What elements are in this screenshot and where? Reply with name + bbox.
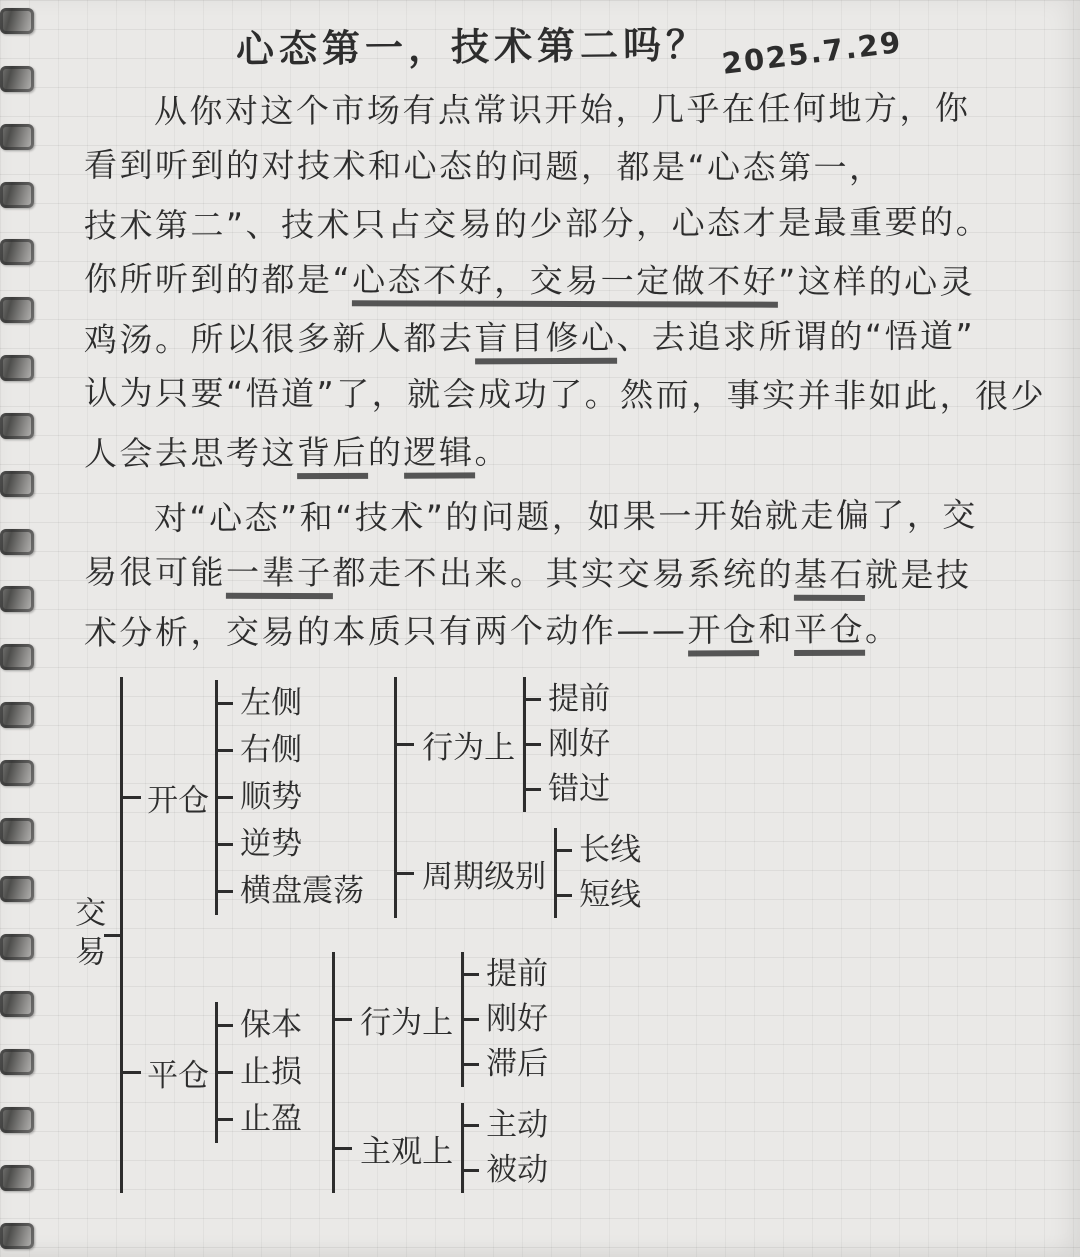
- trading-tree: 交易开仓左侧右侧顺势逆势横盘震荡行为上提前刚好错过周期级别长线短线平仓保本止损止…: [70, 677, 1052, 1193]
- tree-leaf: 提前: [464, 952, 548, 997]
- subgroup-children: 主动被动: [461, 1103, 548, 1193]
- tree-leaf-label: 右侧: [240, 727, 302, 774]
- branch-children: 左侧右侧顺势逆势横盘震荡: [215, 680, 364, 915]
- tree-leaf-label: 刚好: [486, 997, 548, 1042]
- spiral-hole: [0, 1107, 34, 1133]
- tree-leaf-label: 主动: [486, 1103, 548, 1148]
- underlined-text: 背后: [297, 433, 368, 479]
- tree-subgroup: 行为上提前刚好错过: [397, 677, 641, 812]
- tree-leaf: 长线: [557, 828, 641, 873]
- text-segment: ”这样的心灵: [778, 262, 975, 302]
- tree-leaf-label: 提前: [486, 952, 548, 997]
- text-segment: 、去追求所谓的“悟道”: [616, 316, 975, 357]
- text-segment: 的: [368, 433, 404, 472]
- tree-leaf: 刚好: [464, 997, 548, 1042]
- handwritten-line: 术分析，交易的本质只有两个动作——开仓和平仓。: [84, 600, 1052, 661]
- tree-leaf-label: 短线: [579, 873, 641, 918]
- branch-subgroups: 行为上提前刚好滞后主观上主动被动: [332, 952, 548, 1193]
- subgroup-label: 主观上: [360, 1126, 453, 1171]
- spiral-hole: [0, 644, 34, 670]
- tree-root-label: 交易: [70, 896, 104, 974]
- underlined-text: 逻辑: [403, 432, 474, 478]
- subgroup-children: 提前刚好滞后: [461, 952, 548, 1087]
- branch-children: 保本止损止盈: [215, 1002, 302, 1143]
- spiral-hole: [0, 8, 34, 34]
- text-segment: 对“心态”和“技术”的问题，如果一开始就走偏了，交: [154, 495, 978, 538]
- spiral-hole: [0, 471, 34, 497]
- tree-leaf: 主动: [464, 1103, 548, 1148]
- tree-leaf: 横盘震荡: [218, 868, 364, 915]
- text-segment: 都走不出来。其实交易系统的: [332, 553, 794, 594]
- underlined-text: 心态不好，交易一定做不好: [352, 260, 778, 307]
- note-body: 从你对这个市场有点常识开始，几乎在任何地方，你看到听到的对技术和心态的问题，都是…: [84, 81, 1052, 659]
- spiral-hole: [0, 586, 34, 612]
- text-segment: 从你对这个市场有点常识开始，几乎在任何地方，你: [154, 88, 971, 131]
- underlined-text: 盲目修心: [474, 318, 616, 365]
- spiral-hole: [0, 991, 34, 1017]
- text-segment: 鸡汤。所以很多新人都去: [84, 318, 475, 359]
- tree-subgroup: 主观上主动被动: [335, 1103, 548, 1193]
- text-segment: 。: [865, 610, 901, 649]
- tree-leaf-label: 顺势: [240, 774, 302, 821]
- subgroup-label: 周期级别: [422, 851, 546, 896]
- spiral-hole: [0, 934, 34, 960]
- text-segment: 和: [758, 610, 794, 649]
- handwritten-line: 技术第二”、技术只占交易的少部分，心态才是最重要的。: [84, 193, 1052, 254]
- page-title: 心态第一，技术第二吗？: [236, 14, 710, 74]
- text-segment: 人会去思考这: [84, 433, 297, 473]
- tree-branch: 平仓保本止损止盈行为上提前刚好滞后主观上主动被动: [123, 952, 641, 1193]
- tree-leaf-label: 错过: [548, 767, 610, 812]
- branch-subgroups: 行为上提前刚好错过周期级别长线短线: [394, 677, 641, 918]
- text-segment: 就是技: [865, 555, 972, 594]
- handwritten-line: 你所听到的都是“心态不好，交易一定做不好”这样的心灵: [84, 250, 1052, 310]
- tree-leaf: 短线: [557, 873, 641, 918]
- spiral-hole: [0, 529, 34, 555]
- tree-leaf: 被动: [464, 1148, 548, 1193]
- spiral-rail: [0, 0, 48, 1257]
- spiral-hole: [0, 876, 34, 902]
- tree-leaf: 刚好: [526, 722, 610, 767]
- text-segment: 看到听到的对技术和心态的问题，都是“心态第一，: [84, 145, 885, 187]
- subgroup-label: 行为上: [360, 997, 453, 1042]
- spiral-hole: [0, 1049, 34, 1075]
- tree-leaf-label: 提前: [548, 677, 610, 722]
- tree-leaf: 止损: [218, 1049, 302, 1096]
- tree-leaf-label: 滞后: [486, 1042, 548, 1087]
- tree-leaf: 顺势: [218, 774, 364, 821]
- tree-subgroup: 行为上提前刚好滞后: [335, 952, 548, 1087]
- underlined-text: 一辈子: [226, 553, 333, 599]
- text-segment: 认为只要“悟道”了，就会成功了。然而，事实并非如此，很少: [84, 373, 1046, 415]
- spiral-hole: [0, 760, 34, 786]
- spiral-hole: [0, 1165, 34, 1191]
- tree-leaf: 保本: [218, 1002, 302, 1049]
- spiral-hole: [0, 413, 34, 439]
- tree-branches: 开仓左侧右侧顺势逆势横盘震荡行为上提前刚好错过周期级别长线短线平仓保本止损止盈行…: [120, 677, 641, 1193]
- spiral-hole: [0, 702, 34, 728]
- tree-leaf-label: 横盘震荡: [240, 868, 364, 915]
- paragraph: 对“心态”和“技术”的问题，如果一开始就走偏了，交易很可能一辈子都走不出来。其实…: [84, 488, 1052, 659]
- tree-leaf: 右侧: [218, 727, 364, 774]
- tree-leaf-label: 刚好: [548, 722, 610, 767]
- text-segment: 你所听到的都是“: [84, 259, 352, 299]
- text-segment: 。: [474, 432, 510, 471]
- spiral-hole: [0, 239, 34, 265]
- tree-connector: [104, 934, 120, 937]
- tree-leaf-label: 止盈: [240, 1096, 302, 1143]
- branch-label: 平仓: [147, 1050, 209, 1095]
- note-content: 心态第一，技术第二吗？ 2025.7.29 从你对这个市场有点常识开始，几乎在任…: [84, 12, 1052, 1193]
- spiral-hole: [0, 1223, 34, 1249]
- tree-leaf: 错过: [526, 767, 610, 812]
- underlined-text: 基石: [794, 555, 865, 601]
- tree-leaf-label: 被动: [486, 1148, 548, 1193]
- paragraph: 从你对这个市场有点常识开始，几乎在任何地方，你看到听到的对技术和心态的问题，都是…: [84, 81, 1052, 480]
- tree-leaf: 左侧: [218, 680, 364, 727]
- tree-leaf-label: 逆势: [240, 821, 302, 868]
- spiral-hole: [0, 182, 34, 208]
- spiral-hole: [0, 297, 34, 323]
- handwritten-line: 易很可能一辈子都走不出来。其实交易系统的基石就是技: [84, 543, 1052, 603]
- tree-subgroup: 周期级别长线短线: [397, 828, 641, 918]
- text-segment: 技术第二”、技术只占交易的少部分，心态才是最重要的。: [84, 202, 991, 245]
- tree-leaf: 滞后: [464, 1042, 548, 1087]
- tree-leaf: 止盈: [218, 1096, 302, 1143]
- tree-leaf-label: 长线: [579, 828, 641, 873]
- handwritten-line: 看到听到的对技术和心态的问题，都是“心态第一，: [84, 136, 1052, 196]
- tree-leaf-label: 左侧: [240, 680, 302, 727]
- subgroup-children: 提前刚好错过: [523, 677, 610, 812]
- handwritten-line: 人会去思考这背后的逻辑。: [84, 421, 1052, 482]
- tree-leaf-label: 止损: [240, 1049, 302, 1096]
- subgroup-label: 行为上: [422, 722, 515, 767]
- underlined-text: 开仓: [687, 610, 758, 656]
- spiral-hole: [0, 355, 34, 381]
- spiral-hole: [0, 124, 34, 150]
- subgroup-children: 长线短线: [554, 828, 641, 918]
- tree-leaf: 逆势: [218, 821, 364, 868]
- spiral-hole: [0, 818, 34, 844]
- notebook-page: 心态第一，技术第二吗？ 2025.7.29 从你对这个市场有点常识开始，几乎在任…: [0, 0, 1080, 1257]
- branch-label: 开仓: [147, 775, 209, 820]
- text-segment: 术分析，交易的本质只有两个动作——: [84, 610, 688, 652]
- note-header: 心态第一，技术第二吗？ 2025.7.29: [84, 16, 1052, 71]
- spiral-hole: [0, 66, 34, 92]
- note-date: 2025.7.29: [720, 25, 904, 81]
- handwritten-line: 认为只要“悟道”了，就会成功了。然而，事实并非如此，很少: [84, 364, 1052, 424]
- underlined-text: 平仓: [794, 610, 865, 656]
- tree-leaf-label: 保本: [240, 1002, 302, 1049]
- tree-leaf: 提前: [526, 677, 610, 722]
- text-segment: 易很可能: [84, 552, 226, 591]
- handwritten-line: 鸡汤。所以很多新人都去盲目修心、去追求所谓的“悟道”: [84, 307, 1052, 368]
- handwritten-line: 对“心态”和“技术”的问题，如果一开始就走偏了，交: [84, 486, 1052, 547]
- handwritten-line: 从你对这个市场有点常识开始，几乎在任何地方，你: [84, 79, 1052, 140]
- tree-branch: 开仓左侧右侧顺势逆势横盘震荡行为上提前刚好错过周期级别长线短线: [123, 677, 641, 918]
